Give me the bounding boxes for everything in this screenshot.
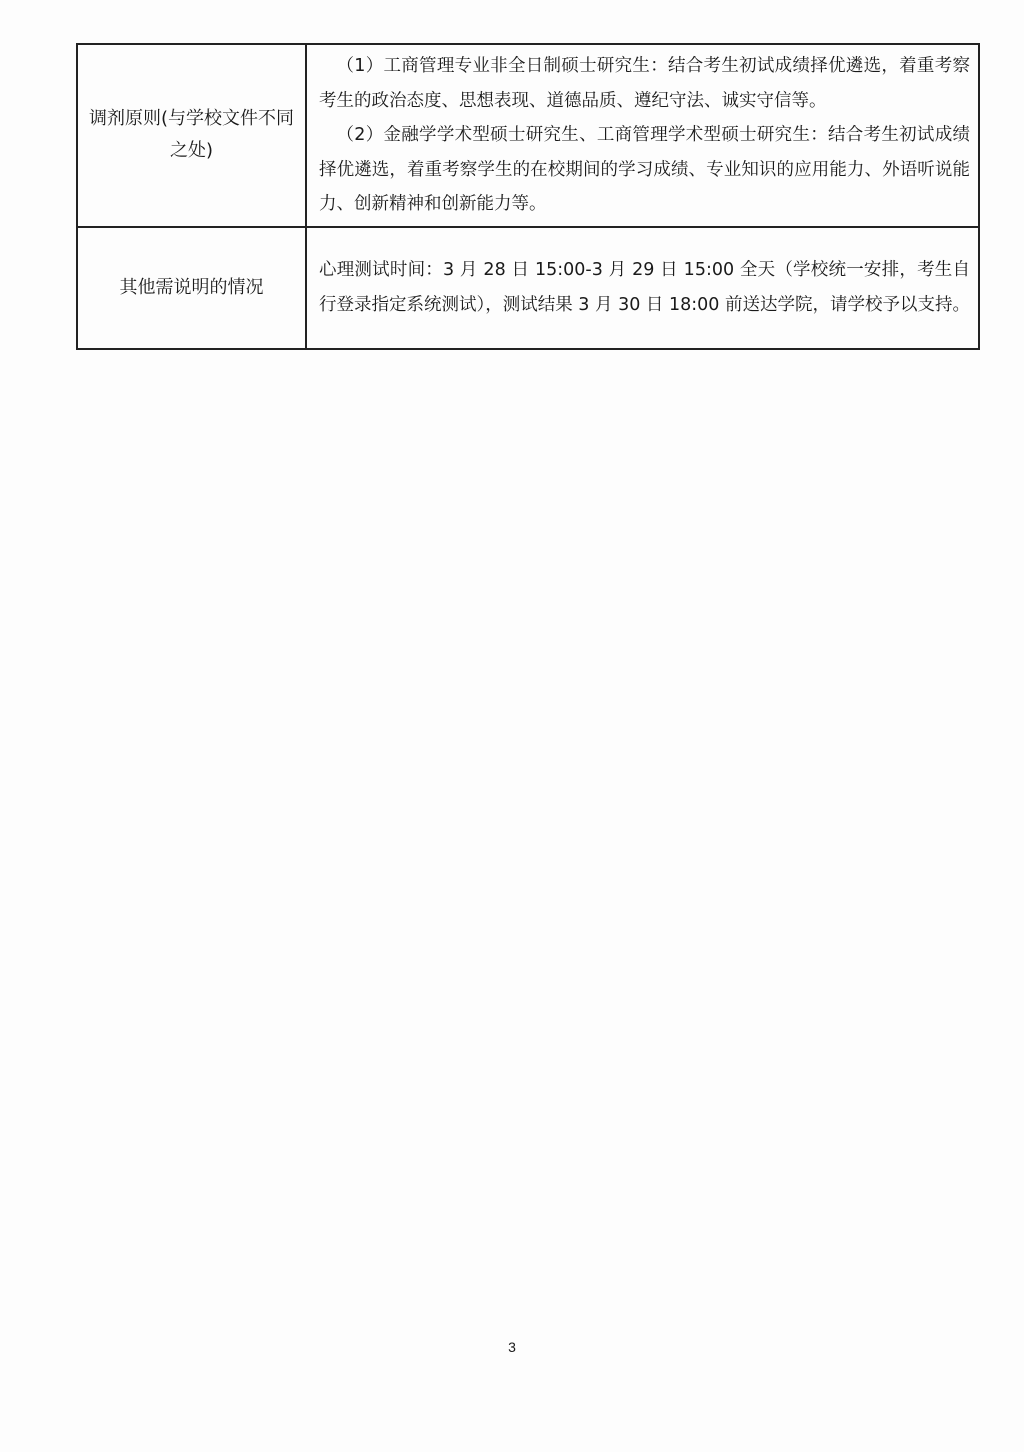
table-row-adjustment-principles: 调剂原则(与学校文件不同之处) （1）工商管理专业非全日制硕士研究生：结合考生初… bbox=[77, 44, 979, 227]
page-number: 3 bbox=[0, 1339, 1024, 1355]
table-row-other-notes: 其他需说明的情况 心理测试时间：3 月 28 日 15:00-3 月 29 日 … bbox=[77, 227, 979, 349]
row-content-adjustment-principles: （1）工商管理专业非全日制硕士研究生：结合考生初试成绩择优遴选，着重考察考生的政… bbox=[306, 44, 979, 227]
row-label-adjustment-principles: 调剂原则(与学校文件不同之处) bbox=[77, 44, 306, 227]
document-page: 调剂原则(与学校文件不同之处) （1）工商管理专业非全日制硕士研究生：结合考生初… bbox=[0, 0, 1024, 1452]
other-notes-paragraph: 心理测试时间：3 月 28 日 15:00-3 月 29 日 15:00 全天（… bbox=[319, 260, 970, 315]
principle-paragraph-2: （2）金融学学术型硕士研究生、工商管理学术型硕士研究生：结合考生初试成绩择优遴选… bbox=[319, 118, 970, 222]
principle-paragraph-1: （1）工商管理专业非全日制硕士研究生：结合考生初试成绩择优遴选，着重考察考生的政… bbox=[319, 49, 970, 118]
row-label-other-notes: 其他需说明的情况 bbox=[77, 227, 306, 349]
row-content-other-notes: 心理测试时间：3 月 28 日 15:00-3 月 29 日 15:00 全天（… bbox=[306, 227, 979, 349]
info-table: 调剂原则(与学校文件不同之处) （1）工商管理专业非全日制硕士研究生：结合考生初… bbox=[76, 43, 980, 350]
